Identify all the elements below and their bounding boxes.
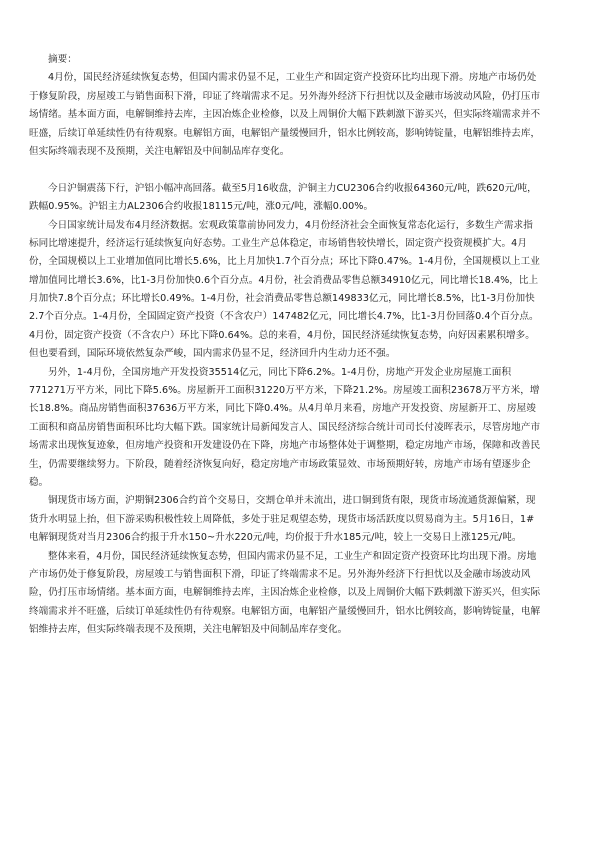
summary-heading: 摘要： [29,51,589,69]
text-line: 场需求出现恢复迹象，但房地产投资和开发建设仍在下降，房地产市场整体处于调整期，稳… [29,437,589,455]
paragraph-spot-market: 铜现货市场方面，沪期铜2306合约首个交易日，交割仓单并未流出，进口铜到货有限，… [29,492,589,547]
text-line: 铜现货市场方面，沪期铜2306合约首个交易日，交割仓单并未流出，进口铜到货有限，… [29,492,589,510]
text-line: 铝维持去库，但实际终端表现不及预期，关注电解铝及中间制品库存变化。 [29,621,589,639]
paragraph-real-estate: 另外，1-4月份，全国房地产开发投资35514亿元，同比下降6.2%。1-4月份… [29,364,589,493]
text-line: 旺盛，后续订单延续性仍有待观察。电解铝方面，电解铝产量缓慢回升，铝水比例较高，影… [29,125,589,143]
text-line: 今日国家统计局发布4月经济数据。宏观政策靠前协同发力，4月份经济社会全面恢复常态… [29,217,589,235]
text-line: 稳。 [29,474,589,492]
text-line: 另外，1-4月份，全国房地产开发投资35514亿元，同比下降6.2%。1-4月份… [29,364,589,382]
text-line: 4月份，国民经济延续恢复态势，但国内需求仍显不足，工业生产和固定资产投资环比均出… [29,69,589,87]
text-line: 但也要看到，国际环境依然复杂严峻，国内需求仍显不足，经济回升内生动力还不强。 [29,345,589,363]
text-line: 771271万平方米，同比下降5.6%。房屋新开工面积31220万平方米，下降2… [29,382,589,400]
text-line: 电解铜现货对当月2306合约报于升水150~升水220元/吨，均价报于升水185… [29,529,589,547]
text-line: 险，仍打压市场情绪。基本面方面，电解铜维持去库，主因冶炼企业检修，以及上周铜价大… [29,584,589,602]
text-line: 增加值同比增长3.6%，比1-3月份加快0.6个百分点。4月份，社会消费品零售总… [29,272,589,290]
text-line: 4月份，固定资产投资（不含农户）环比下降0.64%。总的来看，4月份，国民经济延… [29,327,589,345]
text-line: 工面积和商品房销售面积环比均大幅下跌。国家统计局新闻发言人、国民经济综合统计司司… [29,419,589,437]
paragraph-macro-data: 今日国家统计局发布4月经济数据。宏观政策靠前协同发力，4月份经济社会全面恢复常态… [29,217,589,364]
text-line: 月加快7.8个百分点；环比增长0.49%。1-4月份，社会消费品零售总额1498… [29,290,589,308]
text-line: 终端需求并不旺盛，后续订单延续性仍有待观察。电解铝方面，电解铝产量缓慢回升，铝水… [29,603,589,621]
text-line: 2.7个百分点。1-4月份，全国固定资产投资（不含农户）147482亿元，同比增… [29,308,589,326]
text-line: 份，全国规模以上工业增加值同比增长5.6%，比上月加快1.7个百分点；环比下降0… [29,253,589,271]
text-line: 生，仍需要继续努力。下阶段，随着经济恢复向好，稳定房地产市场政策显效、市场预期好… [29,456,589,474]
document-page: 摘要： 4月份，国民经济延续恢复态势，但国内需求仍显不足，工业生产和固定资产投资… [29,51,589,640]
text-line: 整体来看，4月份，国民经济延续恢复态势，但国内需求仍显不足，工业生产和固定资产投… [29,548,589,566]
text-line: 标同比增速提升，经济运行延续恢复向好态势。工业生产总体稳定，市场销售较快增长，固… [29,235,589,253]
text-line: 货升水明显上抬，但下游采购积极性较上周降低，多处于驻足观望态势，现货市场活跃度以… [29,511,589,529]
text-line: 于修复阶段，房屋竣工与销售面积下滑，印证了终端需求不足。另外海外经济下行担忧以及… [29,88,589,106]
paragraph-abstract: 4月份，国民经济延续恢复态势，但国内需求仍显不足，工业生产和固定资产投资环比均出… [29,69,589,161]
text-line: 但实际终端表现不及预期，关注电解铝及中间制品库存变化。 [29,143,589,161]
paragraph-market-close: 今日沪铜震荡下行，沪铝小幅冲高回落。截至5月16收盘，沪铜主力CU2306合约收… [29,180,589,217]
text-line: 跌幅0.95%。沪铝主力AL2306合约收报18115元/吨，涨0元/吨，涨幅0… [29,198,589,216]
text-line: 今日沪铜震荡下行，沪铝小幅冲高回落。截至5月16收盘，沪铜主力CU2306合约收… [29,180,589,198]
paragraph-spacer [29,161,589,179]
text-line: 长18.8%。商品房销售面积37636万平方米，同比下降0.4%。从4月单月来看… [29,400,589,418]
paragraph-conclusion: 整体来看，4月份，国民经济延续恢复态势，但国内需求仍显不足，工业生产和固定资产投… [29,548,589,640]
summary-label: 摘要： [29,51,589,69]
text-line: 产市场仍处于修复阶段，房屋竣工与销售面积下滑，印证了终端需求不足。另外海外经济下… [29,566,589,584]
text-line: 场情绪。基本面方面，电解铜维持去库，主因冶炼企业检修，以及上周铜价大幅下跌刺激下… [29,106,589,124]
